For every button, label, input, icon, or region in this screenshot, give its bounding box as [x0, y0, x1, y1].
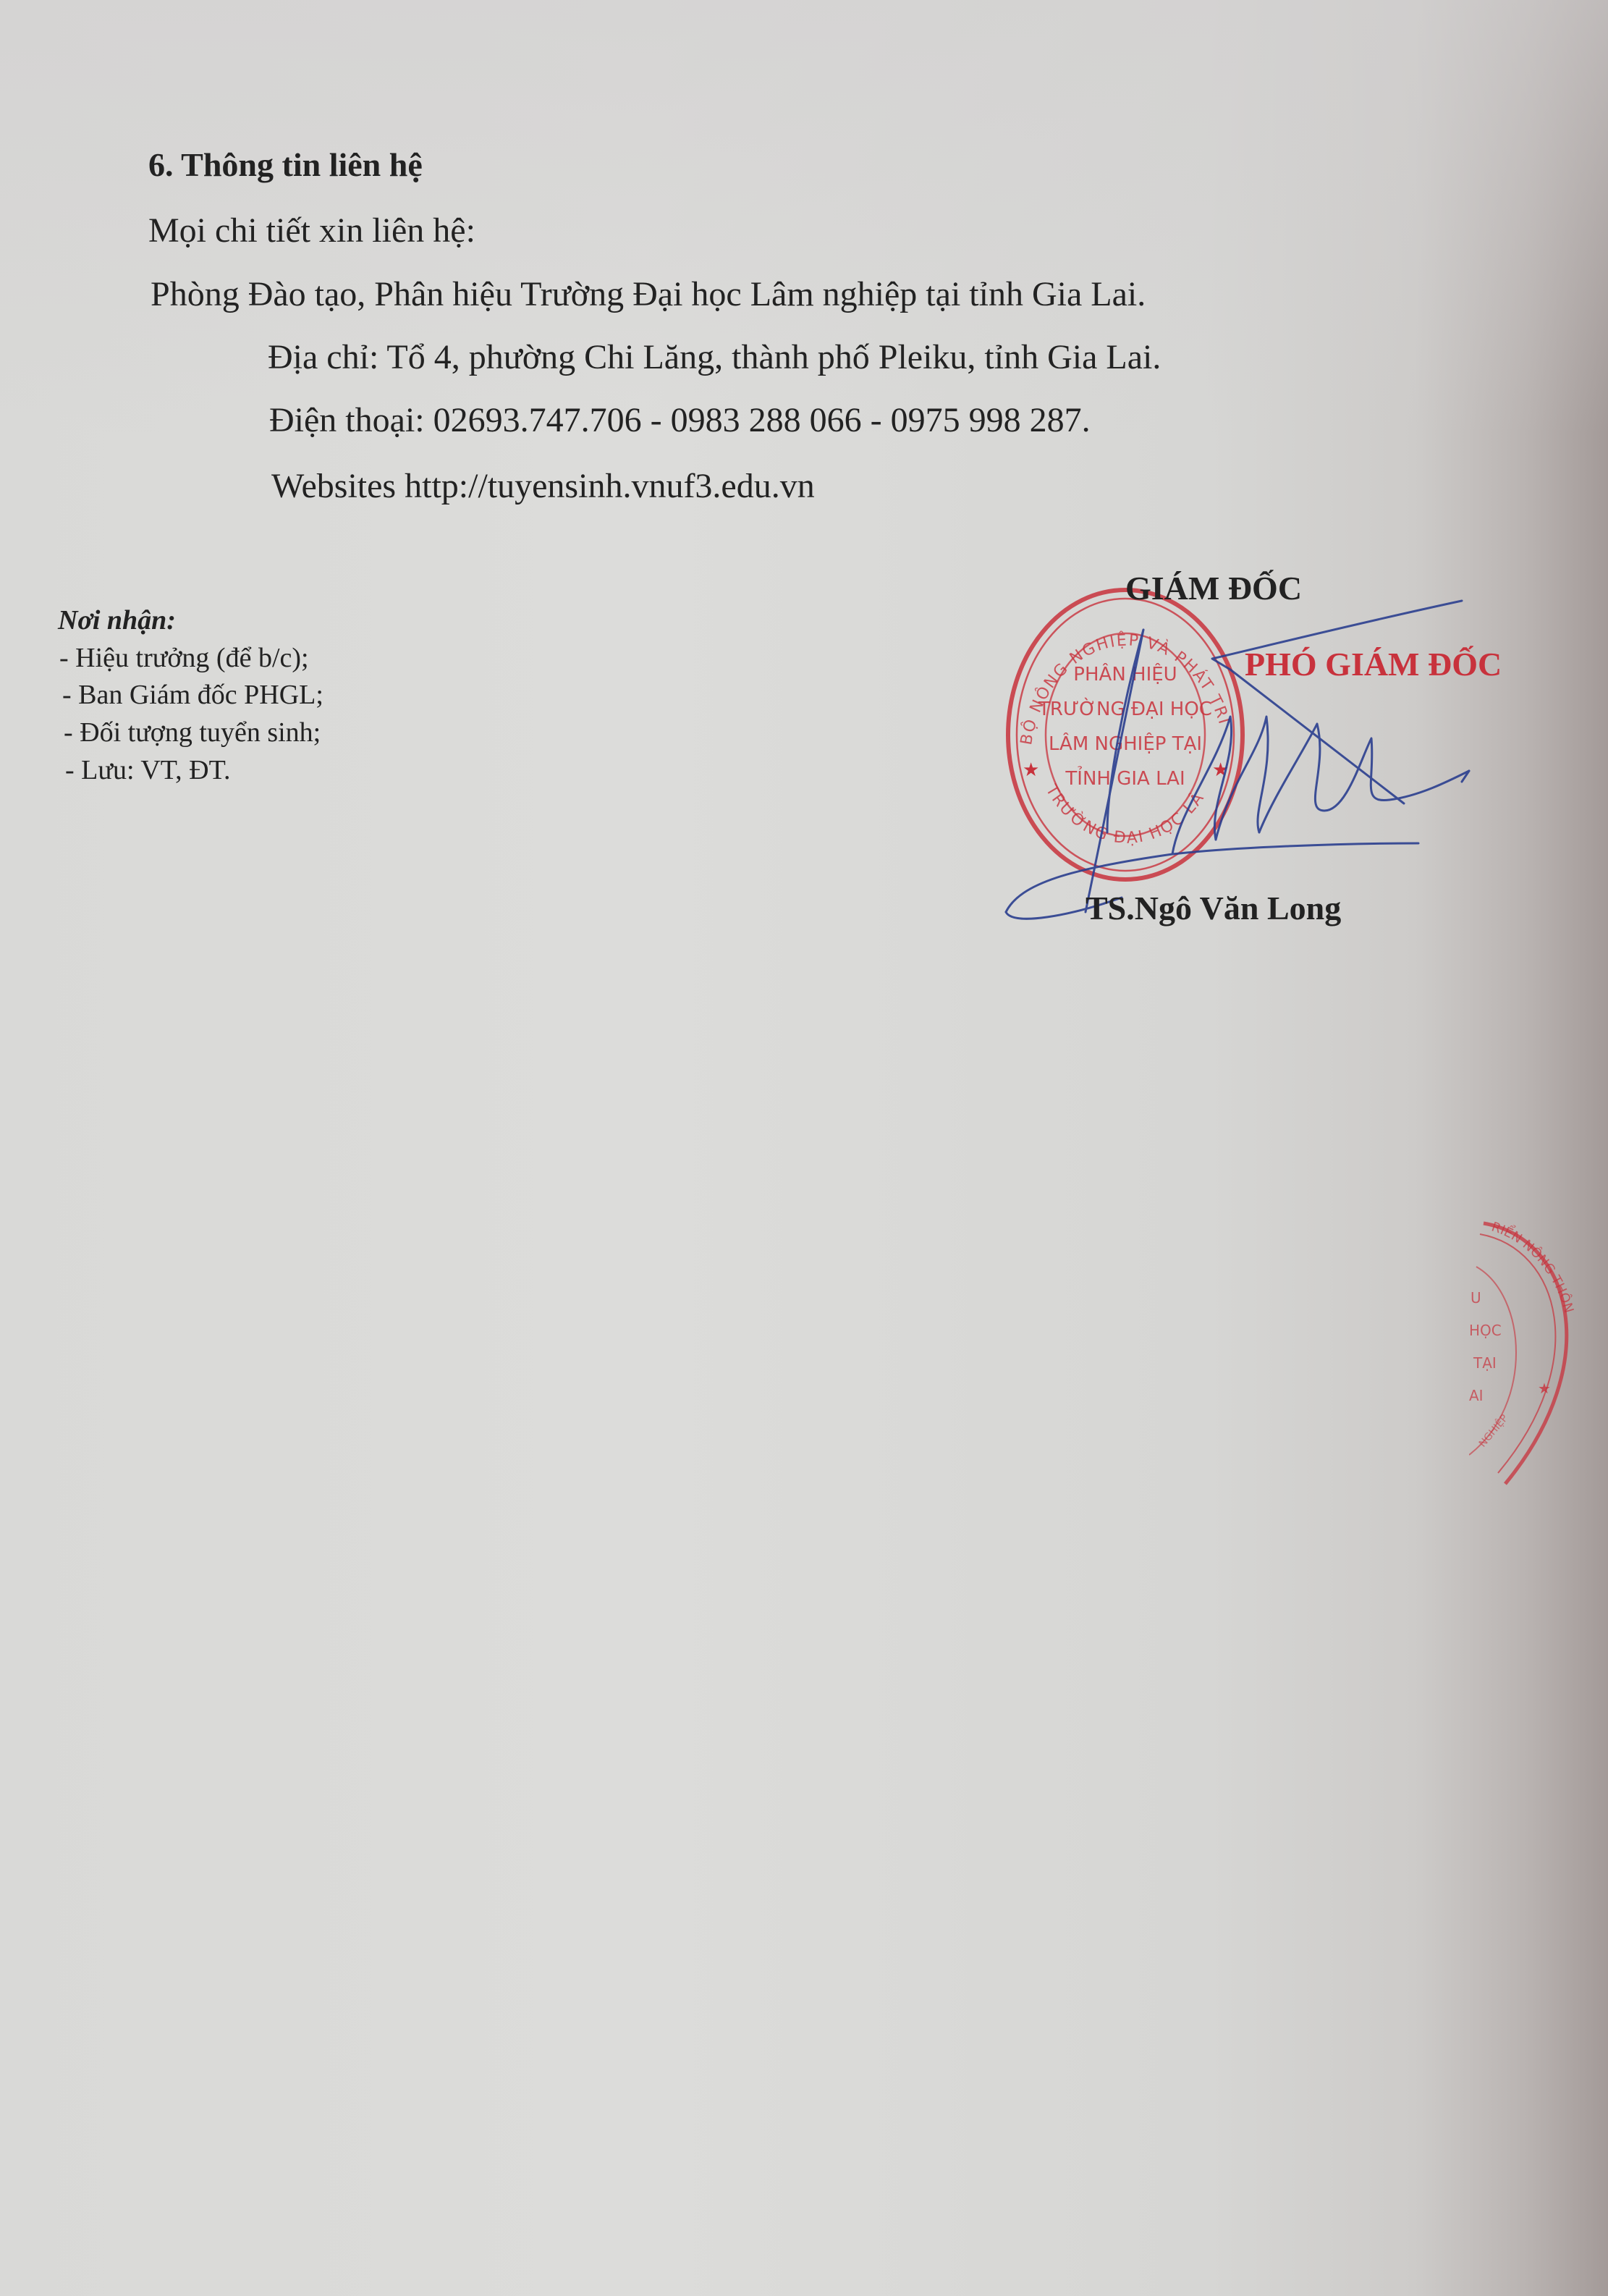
contact-office: Phòng Đào tạo, Phân hiệu Trường Đại học …: [151, 277, 1146, 312]
signer-name: TS.Ngô Văn Long: [1086, 892, 1341, 925]
recipient-item: - Hiệu trưởng (để b/c);: [59, 644, 309, 672]
recipient-item: - Ban Giám đốc PHGL;: [62, 681, 323, 709]
star-icon: ★: [1538, 1380, 1551, 1397]
contact-website[interactable]: Websites http://tuyensinh.vnuf3.edu.vn: [271, 469, 815, 504]
svg-text:TẠI: TẠI: [1473, 1354, 1497, 1372]
recipient-item: - Đối tượng tuyển sinh;: [64, 719, 321, 746]
section-heading: 6. Thông tin liên hệ: [148, 148, 423, 182]
svg-text:HỌC: HỌC: [1469, 1322, 1502, 1339]
partial-seal: RIỂN NÔNG THÔN U HỌC TẠI AI ★ NGHIỆP: [1469, 1216, 1608, 1491]
contact-address: Địa chỉ: Tổ 4, phường Chi Lăng, thành ph…: [268, 340, 1161, 375]
svg-text:U: U: [1471, 1289, 1481, 1307]
handwritten-signature: [999, 594, 1549, 927]
svg-text:AI: AI: [1469, 1387, 1484, 1404]
contact-phone: Điện thoại: 02693.747.706 - 0983 288 066…: [269, 403, 1091, 438]
recipient-item: - Lưu: VT, ĐT.: [65, 756, 231, 784]
contact-intro: Mọi chi tiết xin liên hệ:: [148, 214, 475, 248]
svg-text:NGHIỆP: NGHIỆP: [1476, 1411, 1510, 1449]
recipients-title: Nơi nhận:: [58, 607, 176, 634]
